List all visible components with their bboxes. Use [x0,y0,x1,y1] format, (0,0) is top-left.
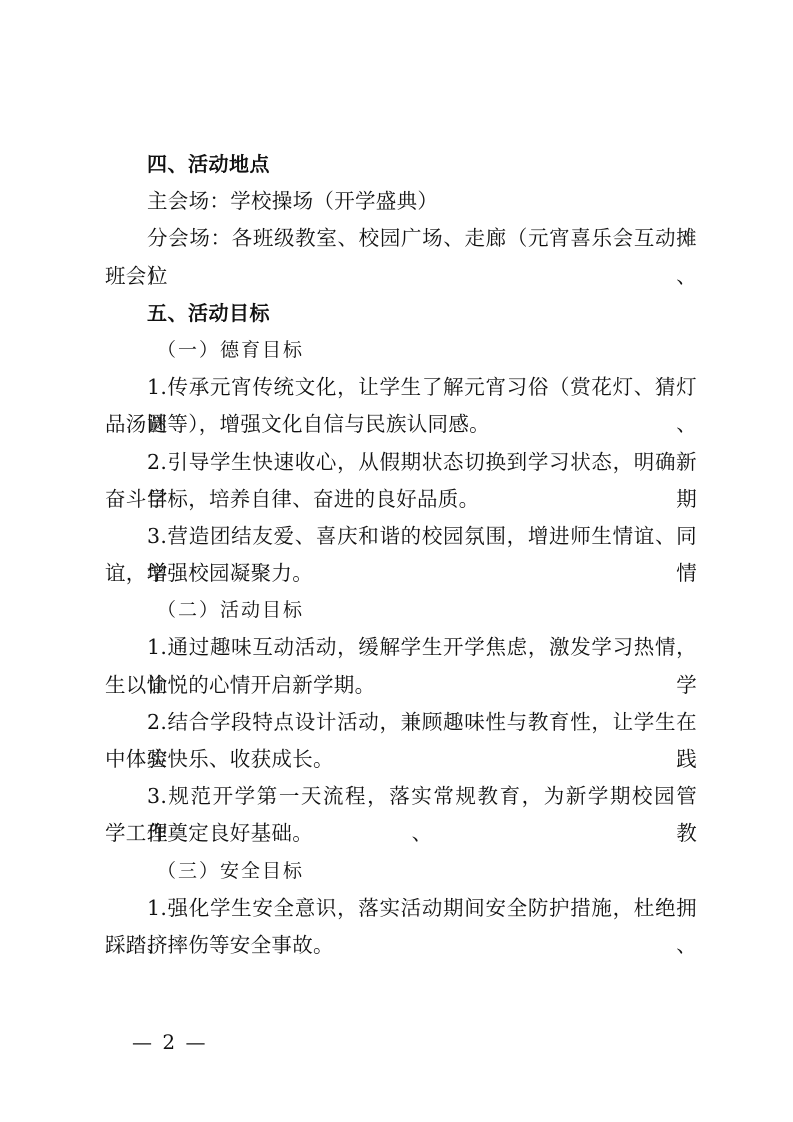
main-venue-line: 主会场：学校操场（开学盛典） [105,183,697,220]
activity-goal-1: 1.通过趣味互动活动，缓解学生开学焦虑，激发学习热情，让学 [105,629,697,666]
safety-goal-1: 1.强化学生安全意识，落实活动期间安全防护措施，杜绝拥挤、 [105,890,697,927]
page-number: — 2 — [132,1030,207,1054]
moral-goal-2: 2.引导学生快速收心，从假期状态切换到学习状态，明确新学期 [105,444,697,481]
section-heading-location: 四、活动地点 [105,146,697,183]
sub-venue-line: 分会场：各班级教室、校园广场、走廊（元宵喜乐会互动摊位、 [105,220,697,257]
moral-goal-1: 1.传承元宵传统文化，让学生了解元宵习俗（赏花灯、猜灯谜、 [105,369,697,406]
subsection-title-safety: （三）安全目标 [105,853,697,890]
document-page: 四、活动地点 主会场：学校操场（开学盛典） 分会场：各班级教室、校园广场、走廊（… [105,146,697,964]
subsection-title-activity: （二）活动目标 [105,592,697,629]
activity-goal-3: 3.规范开学第一天流程，落实常规教育，为新学期校园管理、教 [105,778,697,815]
activity-goal-2: 2.结合学段特点设计活动，兼顾趣味性与教育性，让学生在实践 [105,704,697,741]
section-heading-goals: 五、活动目标 [105,295,697,332]
subsection-title-moral: （一）德育目标 [105,332,697,369]
moral-goal-3: 3.营造团结友爱、喜庆和谐的校园氛围，增进师生情谊、同学情 [105,518,697,555]
